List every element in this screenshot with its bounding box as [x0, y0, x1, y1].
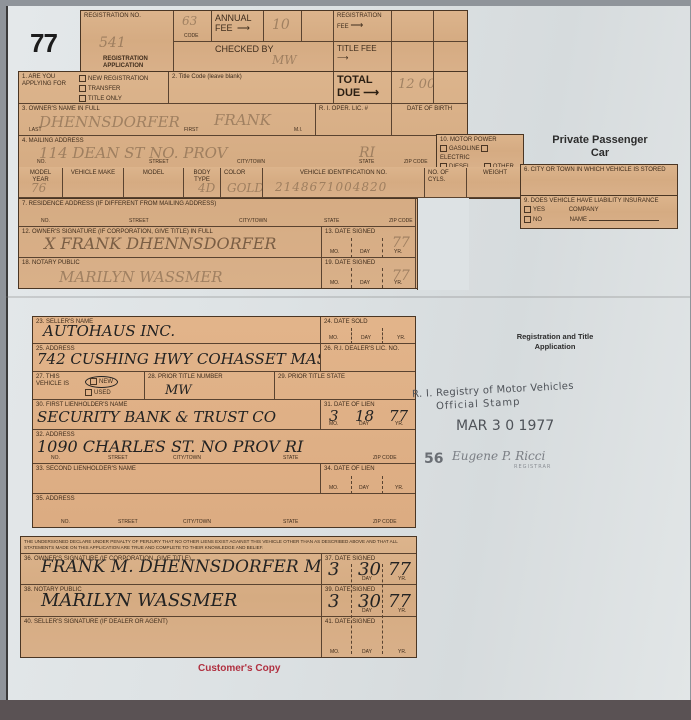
registration-no-label: Registration No. — [84, 13, 141, 19]
yr-label: Yr. — [394, 250, 402, 256]
zip-label: Zip Code — [373, 456, 397, 462]
yr-label: Yr. — [395, 486, 403, 492]
registration-fee-cents[interactable] — [434, 11, 467, 42]
date-signed-39-field[interactable]: 39. Date Signed 3 30 77 Day Yr. — [322, 585, 416, 617]
body-type-field[interactable]: Body Type 4D — [184, 168, 221, 198]
dob-label: Date of Birth — [407, 106, 452, 112]
lienholder-address-value: 1090 Charles St. No Prov RI — [37, 438, 303, 456]
form-number: 77 — [30, 28, 57, 59]
street-label: Street — [118, 520, 138, 526]
new-registration-checkbox[interactable]: New Registration — [79, 74, 148, 84]
owner-first-value: Frank — [214, 112, 271, 129]
day-label: Day — [360, 281, 370, 287]
dealer-lic-label: 26. R.I. Dealer's Lic. No. — [324, 346, 399, 352]
owner-name-label: 3. Owner's Name in Full — [22, 106, 100, 112]
used-checkbox[interactable]: Used — [85, 388, 118, 398]
transfer-checkbox[interactable]: Transfer — [79, 84, 148, 94]
zip-label: Zip Code — [404, 160, 428, 166]
motor-power-label: 10. Motor Power — [440, 137, 520, 144]
yr-label: Yr. — [394, 281, 402, 287]
annual-fee-cents[interactable] — [302, 11, 334, 42]
vehicle-status-field: 27. This Vehicle Is New Used — [33, 372, 145, 400]
first-lienholder-field[interactable]: 30. First Lienholder's Name Security Ban… — [33, 400, 321, 430]
owner-name-field[interactable]: 3. Owner's Name in Full Dhennsdorfer Fra… — [19, 104, 316, 136]
date-signed-13-field[interactable]: 13. Date Signed 77 Mo. Day Yr. — [322, 227, 416, 258]
owner-signature-36-field[interactable]: 36. Owner's Signature (if corporation, g… — [21, 554, 322, 585]
paper-cutout — [417, 198, 469, 290]
divider — [382, 564, 383, 654]
oper-lic-label: R. I. Oper. Lic. # — [319, 106, 368, 112]
title-code-label: 2. Title Code (leave blank) — [172, 74, 242, 80]
color-value: Gold — [227, 182, 263, 196]
divider — [382, 238, 383, 258]
state-label: State — [283, 456, 298, 462]
prior-title-state-field[interactable]: 29. Prior Title State — [275, 372, 415, 400]
yr-label: Yr. — [397, 336, 405, 342]
name-label: Name — [570, 217, 587, 223]
notary-public-value: Marilyn Wassmer — [59, 269, 223, 286]
cylinders-field[interactable]: No. of Cyls. — [425, 168, 467, 198]
divider — [351, 476, 352, 494]
date-of-lien-34-field[interactable]: 34. Date of Lien Mo. Day Yr. — [321, 464, 415, 494]
annual-fee-value[interactable]: 10 — [264, 11, 302, 42]
date-sold-label: 24. Date Sold — [324, 319, 368, 325]
divider — [382, 328, 383, 344]
date-signed-13-label: 13. Date Signed — [325, 229, 375, 235]
vin-value: 2148671004820 — [275, 181, 387, 195]
weight-label: Weight — [483, 170, 507, 176]
registration-application-title: Registration Application — [103, 56, 173, 70]
mailing-address-field[interactable]: 4. Mailing Address 114 Dean St No. Prov … — [19, 136, 437, 168]
insurance-yes-checkbox[interactable]: Yes — [524, 207, 545, 213]
applying-for-label: 1. Are you applying for — [22, 74, 77, 88]
city-label: City/Town — [239, 219, 267, 225]
registration-no-value: 541 — [99, 35, 126, 51]
date-of-lien-34-label: 34. Date of Lien — [324, 466, 375, 472]
oper-lic-field[interactable]: R. I. Oper. Lic. # — [316, 104, 392, 136]
day-label: Day — [362, 609, 372, 615]
seller-name-field[interactable]: 23. Seller's Name Autohaus Inc. — [33, 317, 321, 344]
residence-address-label: 7. Residence Address (if different from … — [22, 201, 216, 207]
date-signed-41-field[interactable]: 41. Date Signed Mo. Day Yr. — [322, 617, 416, 657]
checked-by-label: Checked By — [215, 44, 274, 54]
mo-label: Mo. — [329, 422, 338, 428]
mailing-address-value: 114 Dean St No. Prov — [39, 145, 227, 162]
seller-signature-label: 40. Seller's Signature (if dealer or age… — [24, 619, 168, 625]
mo-label: Mo. — [330, 281, 339, 287]
company-label: Company — [569, 207, 599, 213]
color-label: Color — [224, 170, 245, 176]
total-due-value[interactable]: 12 00 — [392, 72, 434, 104]
seller-address-field[interactable]: 25. Address 742 Cushing Hwy Cohasset MAS… — [33, 344, 321, 372]
prior-title-state-label: 29. Prior Title State — [278, 374, 345, 380]
model-label: Model — [143, 170, 164, 176]
title-fee-label-cell: Title Fee ⟶ — [334, 42, 392, 71]
mo-label: Mo. — [330, 250, 339, 256]
model-year-value: 76 — [31, 182, 46, 196]
title-code-field[interactable]: 2. Title Code (leave blank) — [169, 72, 334, 104]
divider — [382, 476, 383, 494]
color-field[interactable]: Color Gold — [221, 168, 263, 198]
state-label: State — [324, 219, 339, 225]
divider — [382, 268, 383, 288]
day-label: Day — [359, 486, 369, 492]
registration-no-field[interactable]: Registration No. 541 Registration Applic… — [81, 11, 174, 71]
state-label: State — [283, 520, 298, 526]
registration-fee-label-cell: Registration Fee ⟶ — [334, 11, 392, 42]
code-value: 63 — [182, 15, 197, 29]
date-signed-19-field[interactable]: 19. Date Signed 77 Mo. Day Yr. — [322, 258, 416, 288]
customers-copy-label: Customer's Copy — [198, 663, 280, 674]
vehicle-class-title: Private Passenger Car — [545, 134, 655, 160]
lienholder-address-field[interactable]: 32. Address 1090 Charles St. No Prov RI … — [33, 430, 415, 464]
mo-value: 3 — [328, 592, 339, 613]
date-sold-field[interactable]: 24. Date Sold Mo. Day Yr. — [321, 317, 415, 344]
storage-city-label: 6. City or town in which vehicle is stor… — [524, 167, 666, 173]
mo-label: Mo. — [329, 336, 338, 342]
prior-title-number-label: 28. Prior Title Number — [148, 374, 223, 380]
last-label: Last — [29, 128, 42, 134]
vehicle-make-label: Vehicle Make — [71, 170, 115, 176]
divider — [351, 268, 352, 288]
owner-last-value: Dhennsdorfer — [39, 114, 180, 131]
owner-signature-36-value: Frank M. Dhennsdorfer M.D. — [41, 558, 322, 578]
seller-address-value: 742 Cushing Hwy Cohasset MASS — [37, 351, 321, 368]
vehicle-make-field[interactable]: Vehicle Make — [63, 168, 124, 198]
date-signed-37-field[interactable]: 37. Date Signed 3 30 77 Day Yr. — [322, 554, 416, 585]
code-field[interactable]: 63 Code — [174, 11, 212, 42]
mo-label: Mo. — [330, 650, 339, 656]
street-label: Street — [108, 456, 128, 462]
motor-power-field: 10. Motor Power Gasoline Electric Diesel… — [437, 135, 523, 167]
yr-label: Yr. — [398, 577, 406, 583]
day-label: Day — [359, 422, 369, 428]
no-label: No. — [61, 520, 70, 526]
annual-fee-label-cell: Annual Fee ⟶ — [212, 11, 264, 42]
divider — [351, 328, 352, 344]
vin-label: Vehicle Identification No. — [300, 170, 387, 176]
background-surface — [0, 700, 691, 720]
divider — [351, 238, 352, 258]
prior-title-value: mw — [165, 384, 192, 399]
new-checkbox[interactable]: New — [85, 376, 118, 388]
date-signed-19-label: 19. Date Signed — [325, 260, 375, 266]
mo-label: Mo. — [329, 486, 338, 492]
owner-signature-value: X Frank Dhennsdorfer — [44, 235, 276, 253]
owner-signature-field[interactable]: 12. Owner's Signature (if corporation, g… — [19, 227, 322, 258]
total-due-label-cell: Total Due ⟶ — [334, 72, 392, 104]
body-type-value: 4D — [198, 182, 215, 196]
second-lienholder-address-label: 35. Address — [36, 496, 75, 502]
vehicle-status-label: 27. This Vehicle Is — [36, 374, 72, 388]
street-label: Street — [149, 160, 169, 166]
first-lienholder-value: Security Bank & Trust Co — [37, 409, 276, 426]
registrar-label: Registrar — [514, 464, 551, 470]
checked-by-field[interactable]: Checked By mw — [212, 42, 334, 71]
second-lienholder-field[interactable]: 33. Second Lienholder's Name — [33, 464, 321, 494]
city-label: City/Town — [173, 456, 201, 462]
zip-label: Zip Code — [389, 219, 413, 225]
day-label: Day — [360, 250, 370, 256]
gasoline-checkbox[interactable]: Gasoline — [440, 146, 480, 152]
paper-fold — [6, 296, 690, 298]
notary-public-field[interactable]: 18. Notary Public Marilyn Wassmer — [19, 258, 322, 288]
mi-label: M.I. — [294, 128, 302, 134]
title-only-checkbox[interactable]: Title Only — [79, 94, 148, 104]
seller-name-value: Autohaus Inc. — [43, 323, 175, 340]
notary-public-38-value: Marilyn Wassmer — [41, 591, 237, 612]
no-label: No. — [37, 160, 46, 166]
seller-signature-field[interactable]: 40. Seller's Signature (if dealer or age… — [21, 617, 322, 657]
checked-by-value: mw — [272, 54, 297, 68]
street-label: Street — [129, 219, 149, 225]
dob-field[interactable]: Date of Birth — [392, 104, 467, 136]
first-label: First — [184, 128, 198, 134]
notary-public-38-field[interactable]: 38. Notary Public Marilyn Wassmer — [21, 585, 322, 617]
arrow-right-icon: ⟶ — [337, 53, 348, 62]
mo-value: 3 — [328, 560, 339, 581]
city-label: City/Town — [237, 160, 265, 166]
city-label: City/Town — [183, 520, 211, 526]
yr-label: Yr. — [395, 422, 403, 428]
arrow-right-icon: ⟶ — [363, 87, 379, 99]
residence-address-field[interactable]: 7. Residence Address (if different from … — [19, 199, 416, 227]
day-label: Day — [362, 650, 372, 656]
title-fee-cents[interactable] — [434, 42, 467, 71]
arrow-right-icon: ⟶ — [237, 23, 250, 33]
insurance-label: 9. Does vehicle have liability insurance — [524, 198, 674, 205]
state-label: State — [359, 160, 374, 166]
stamp-date: MAR 3 0 1977 — [456, 418, 554, 434]
no-label: No. — [41, 219, 50, 225]
stamp-number: 56 — [424, 451, 443, 467]
no-label: No. — [51, 456, 60, 462]
insurance-field: 9. Does vehicle have liability insurance… — [521, 196, 677, 228]
second-lienholder-address-field[interactable]: 35. Address No. Street City/Town State Z… — [33, 494, 415, 527]
model-field[interactable]: Model — [124, 168, 184, 198]
title-fee-label: Title Fee — [337, 44, 377, 53]
vin-field[interactable]: Vehicle Identification No. 2148671004820 — [263, 168, 425, 198]
declaration-text: The undersigned declare under penalty of… — [21, 537, 416, 554]
cylinders-label: No. of Cyls. — [428, 170, 449, 183]
dealer-lic-field[interactable]: 26. R.I. Dealer's Lic. No. — [321, 344, 415, 372]
notary-public-label: 18. Notary Public — [22, 260, 80, 266]
date-of-lien-31-field[interactable]: 31. Date of Lien 3 18 77 Mo. Day Yr. — [321, 400, 415, 430]
registration-fee-value[interactable] — [392, 11, 434, 42]
divider — [351, 564, 352, 654]
insurance-no-checkbox[interactable]: No — [524, 217, 542, 223]
registration-title-heading: Registration and Title Application — [500, 332, 610, 352]
title-fee-value[interactable] — [392, 42, 434, 71]
applying-for-field: 1. Are you applying for New Registration… — [19, 72, 169, 104]
weight-field[interactable]: Weight — [467, 168, 523, 198]
day-label: Day — [361, 336, 371, 342]
insurance-name-input[interactable] — [589, 215, 659, 221]
yr-label: Yr. — [398, 609, 406, 615]
zip-label: Zip Code — [373, 520, 397, 526]
registrar-signature: Eugene P. Ricci — [452, 449, 545, 463]
yr-label: Yr. — [398, 650, 406, 656]
code-label: Code — [184, 34, 198, 40]
second-lienholder-label: 33. Second Lienholder's Name — [36, 466, 136, 472]
prior-title-number-field[interactable]: 28. Prior Title Number mw — [145, 372, 275, 400]
model-year-field[interactable]: Model Year 76 — [19, 168, 63, 198]
total-due-cents[interactable] — [434, 72, 467, 104]
arrow-right-icon: ⟶ — [350, 20, 363, 30]
day-label: Day — [362, 577, 372, 583]
storage-city-field[interactable]: 6. City or town in which vehicle is stor… — [521, 165, 677, 195]
